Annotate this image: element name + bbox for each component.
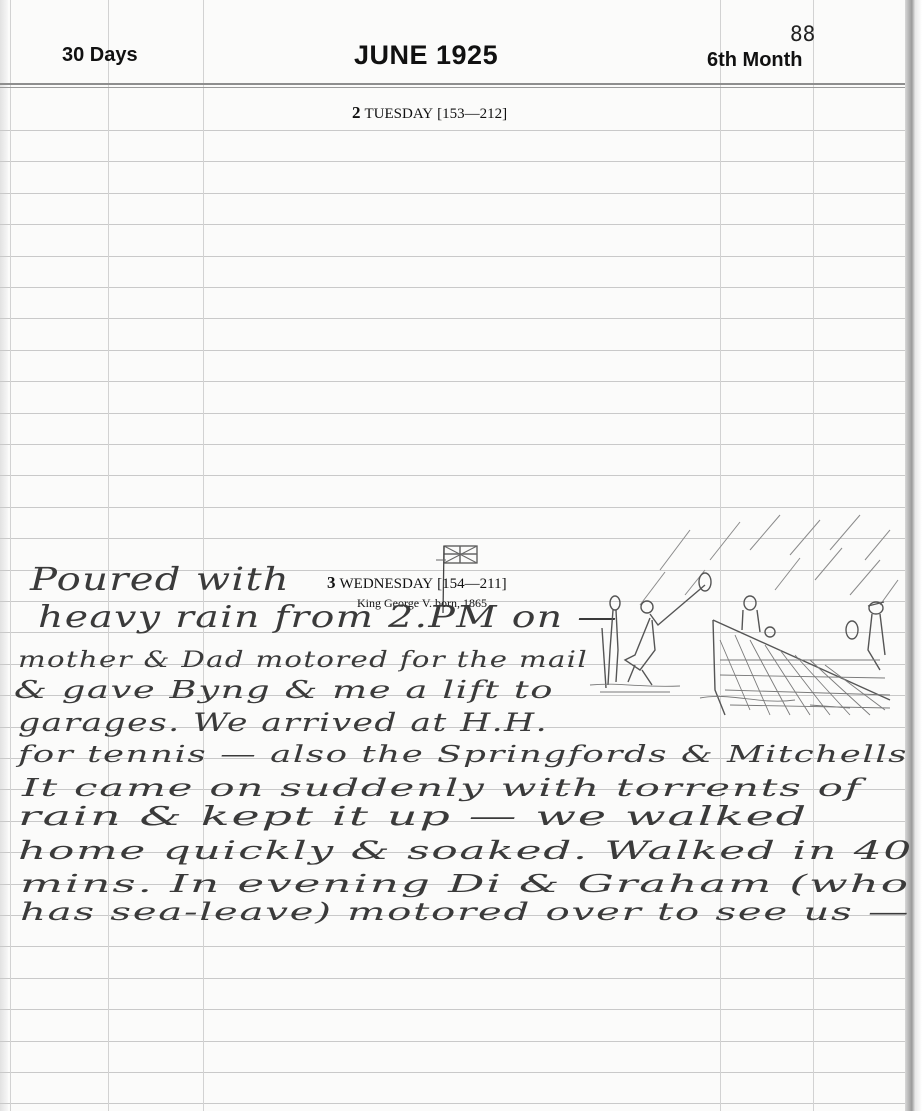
ruled-line — [0, 444, 905, 445]
handwritten-line: heavy rain from 2.PM on — — [38, 600, 618, 635]
page-left-edge — [0, 0, 8, 1111]
ruled-line — [0, 381, 905, 382]
day-counts: [153—212] — [437, 106, 507, 122]
ruled-line — [0, 161, 905, 162]
header-double-rule — [0, 83, 912, 88]
tennis-sketch — [580, 510, 905, 740]
handwritten-line: home quickly & soaked. Walked in 40 — [18, 836, 913, 865]
column-line — [10, 0, 11, 1111]
ruled-line — [0, 193, 905, 194]
ruled-line — [0, 287, 905, 288]
handwritten-line: It came on suddenly with torrents of — [22, 774, 862, 802]
handwritten-line: mother & Dad motored for the mail — [18, 648, 588, 673]
column-line — [108, 0, 109, 1111]
ruled-line — [0, 224, 905, 225]
page-gutter-shadow — [905, 0, 922, 1111]
page-number: 88 — [790, 22, 815, 46]
ruled-line — [0, 350, 905, 351]
ruled-line — [0, 1072, 905, 1073]
ruled-line — [0, 130, 905, 131]
ruled-line — [0, 318, 905, 319]
month-title: JUNE 1925 — [354, 40, 498, 71]
ruled-line — [0, 978, 905, 979]
ruled-line — [0, 1009, 905, 1010]
handwritten-line: for tennis — also the Springfords & Mitc… — [18, 742, 908, 768]
month-ordinal-label: 6th Month — [707, 49, 803, 72]
day-number: 3 — [327, 573, 336, 592]
ruled-line — [0, 1103, 905, 1104]
ruled-line — [0, 946, 905, 947]
day-name: TUESDAY — [365, 106, 434, 122]
ruled-line — [0, 507, 905, 508]
handwritten-line: Poured with — [30, 560, 290, 598]
handwritten-line: rain & kept it up — we walked — [18, 802, 808, 832]
day-name: WEDNESDAY — [340, 576, 434, 592]
column-line — [203, 0, 204, 1111]
days-in-month-label: 30 Days — [62, 44, 138, 67]
day-heading-wednesday: 3 WEDNESDAY [154—211] — [327, 573, 507, 593]
handwritten-line: has sea-leave) motored over to see us — — [20, 898, 910, 926]
handwritten-line: mins. In evening Di & Graham (who — [20, 870, 910, 898]
ruled-line — [0, 1041, 905, 1042]
handwritten-line: garages. We arrived at H.H. — [18, 708, 548, 737]
day-counts: [154—211] — [437, 576, 506, 592]
ruled-line — [0, 256, 905, 257]
handwritten-line: & gave Byng & me a lift to — [14, 676, 554, 704]
ruled-line — [0, 475, 905, 476]
ruled-line — [0, 413, 905, 414]
day-number: 2 — [352, 103, 361, 122]
day-heading-tuesday: 2 TUESDAY [153—212] — [352, 103, 507, 123]
